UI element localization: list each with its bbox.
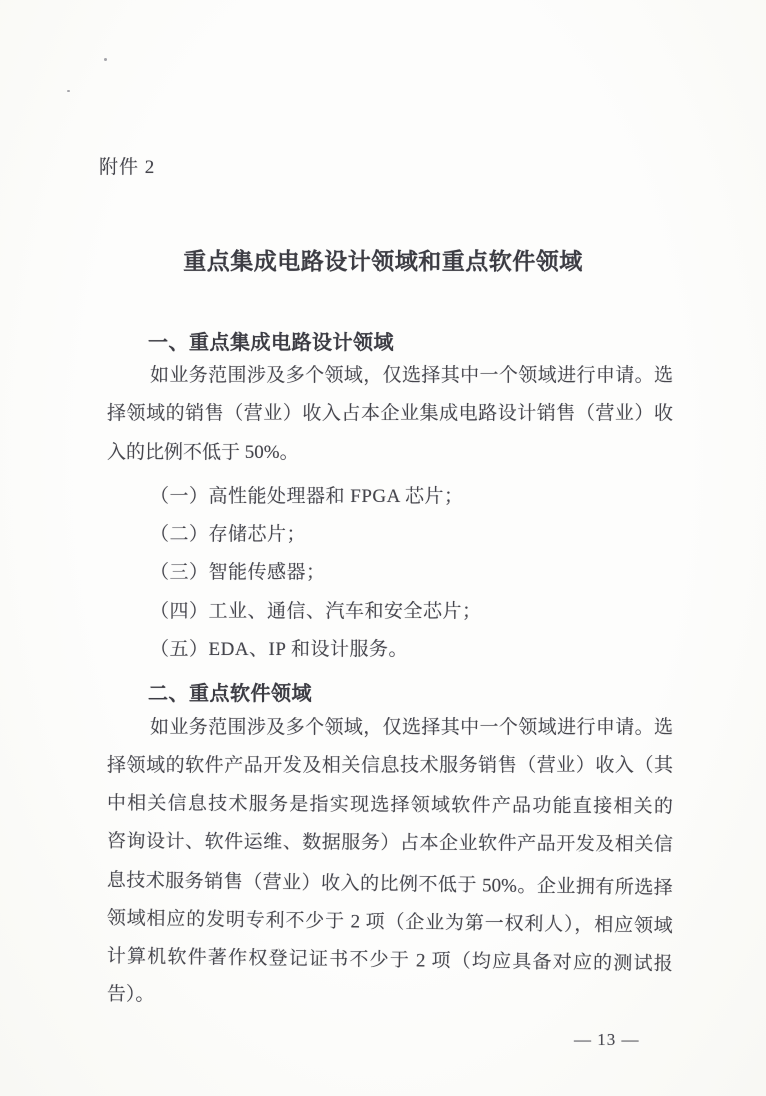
section-2-paragraph-line: 息技术服务销售（营业）收入的比例不低于 50%。企业拥有所选择 <box>107 868 673 902</box>
section-2-heading: 二、重点软件领域 <box>148 677 312 706</box>
section-2-paragraph-line: 择领域的软件产品开发及相关信息技术服务销售（营业）收入（其 <box>107 753 673 779</box>
section-1-heading: 一、重点集成电路设计领域 <box>148 326 394 355</box>
attachment-label: 附件 2 <box>99 152 155 179</box>
section-1-list-item: （二）存储芯片； <box>150 519 306 546</box>
scan-speck <box>67 90 70 92</box>
section-1-paragraph-line: 择领域的销售（营业）收入占本企业集成电路设计销售（营业）收 <box>107 401 673 427</box>
section-2-paragraph-line: 领域相应的发明专利不少于 2 项（企业为第一权利人），相应领域 <box>107 906 673 940</box>
scan-speck <box>104 58 107 61</box>
document-title: 重点集成电路设计领域和重点软件领域 <box>0 243 766 276</box>
section-2-paragraph-line: 计算机软件著作权登记证书不少于 2 项（均应具备对应的测试报 <box>107 944 673 978</box>
section-1-list-item: （一）高性能处理器和 FPGA 芯片； <box>150 481 464 508</box>
page-number: — 13 — <box>574 1030 640 1050</box>
section-1-list-item: （三）智能传感器； <box>150 557 326 584</box>
section-2-paragraph-line: 告）。 <box>107 982 673 1012</box>
section-2-paragraph-line: 咨询设计、软件运维、数据服务）占本企业软件产品开发及相关信 <box>107 829 673 858</box>
section-2-paragraph-line: 中相关信息技术服务是指实现选择领域软件产品功能直接相关的 <box>107 791 673 820</box>
section-2-paragraph-line: 如业务范围涉及多个领域，仅选择其中一个领域进行申请。选 <box>107 715 673 741</box>
section-1-paragraph-line: 入的比例不低于 50%。 <box>107 440 673 466</box>
scanned-document-page: 附件 2 重点集成电路设计领域和重点软件领域 一、重点集成电路设计领域 如业务范… <box>0 0 766 1096</box>
section-1-list-item: （五）EDA、IP 和设计服务。 <box>150 634 408 661</box>
section-1-list-item: （四）工业、通信、汽车和安全芯片； <box>150 596 482 623</box>
section-1-paragraph-line: 如业务范围涉及多个领域，仅选择其中一个领域进行申请。选 <box>107 363 673 389</box>
